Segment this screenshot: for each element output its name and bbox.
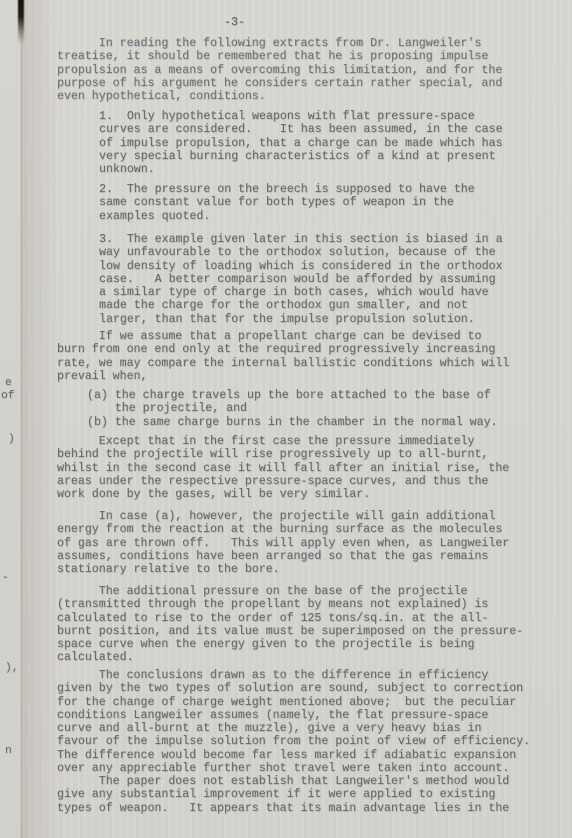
paragraph-conclusions: The conclusions drawn as to the differen… <box>57 669 530 775</box>
margin-fragment: ), <box>5 662 19 674</box>
margin-fragment: of <box>1 390 15 402</box>
gutter-shading <box>23 0 59 838</box>
paragraph-except: Except that in the first case the pressu… <box>57 435 509 501</box>
margin-fragment: n <box>5 745 12 757</box>
paragraph-assume: If we assume that a propellant charge ca… <box>57 330 509 383</box>
scanned-document-page: e of ) - ), n -3- In reading the followi… <box>0 0 572 838</box>
list-item-1: 1. Only hypothetical weapons with flat p… <box>99 110 503 176</box>
margin-fragment: ) <box>8 433 15 445</box>
list-item-3: 3. The example given later in this secti… <box>99 233 503 326</box>
margin-fragment: - <box>2 572 9 584</box>
list-item-2: 2. The pressure on the breech is suppose… <box>99 183 475 223</box>
scan-left-edge <box>0 0 21 838</box>
page-number: -3- <box>224 16 245 29</box>
list-item-b: (b) the same charge burns in the chamber… <box>87 416 498 429</box>
margin-fragment: e <box>5 377 12 389</box>
paragraph-intro: In reading the following extracts from D… <box>57 37 502 103</box>
paragraph-in-case-a: In case (a), however, the projectile wil… <box>57 510 509 576</box>
list-item-a: (a) the charge travels up the bore attac… <box>87 389 491 416</box>
paragraph-closing: The paper does not establish that Langwe… <box>57 775 509 815</box>
paragraph-additional-pressure: The additional pressure on the base of t… <box>57 585 523 665</box>
